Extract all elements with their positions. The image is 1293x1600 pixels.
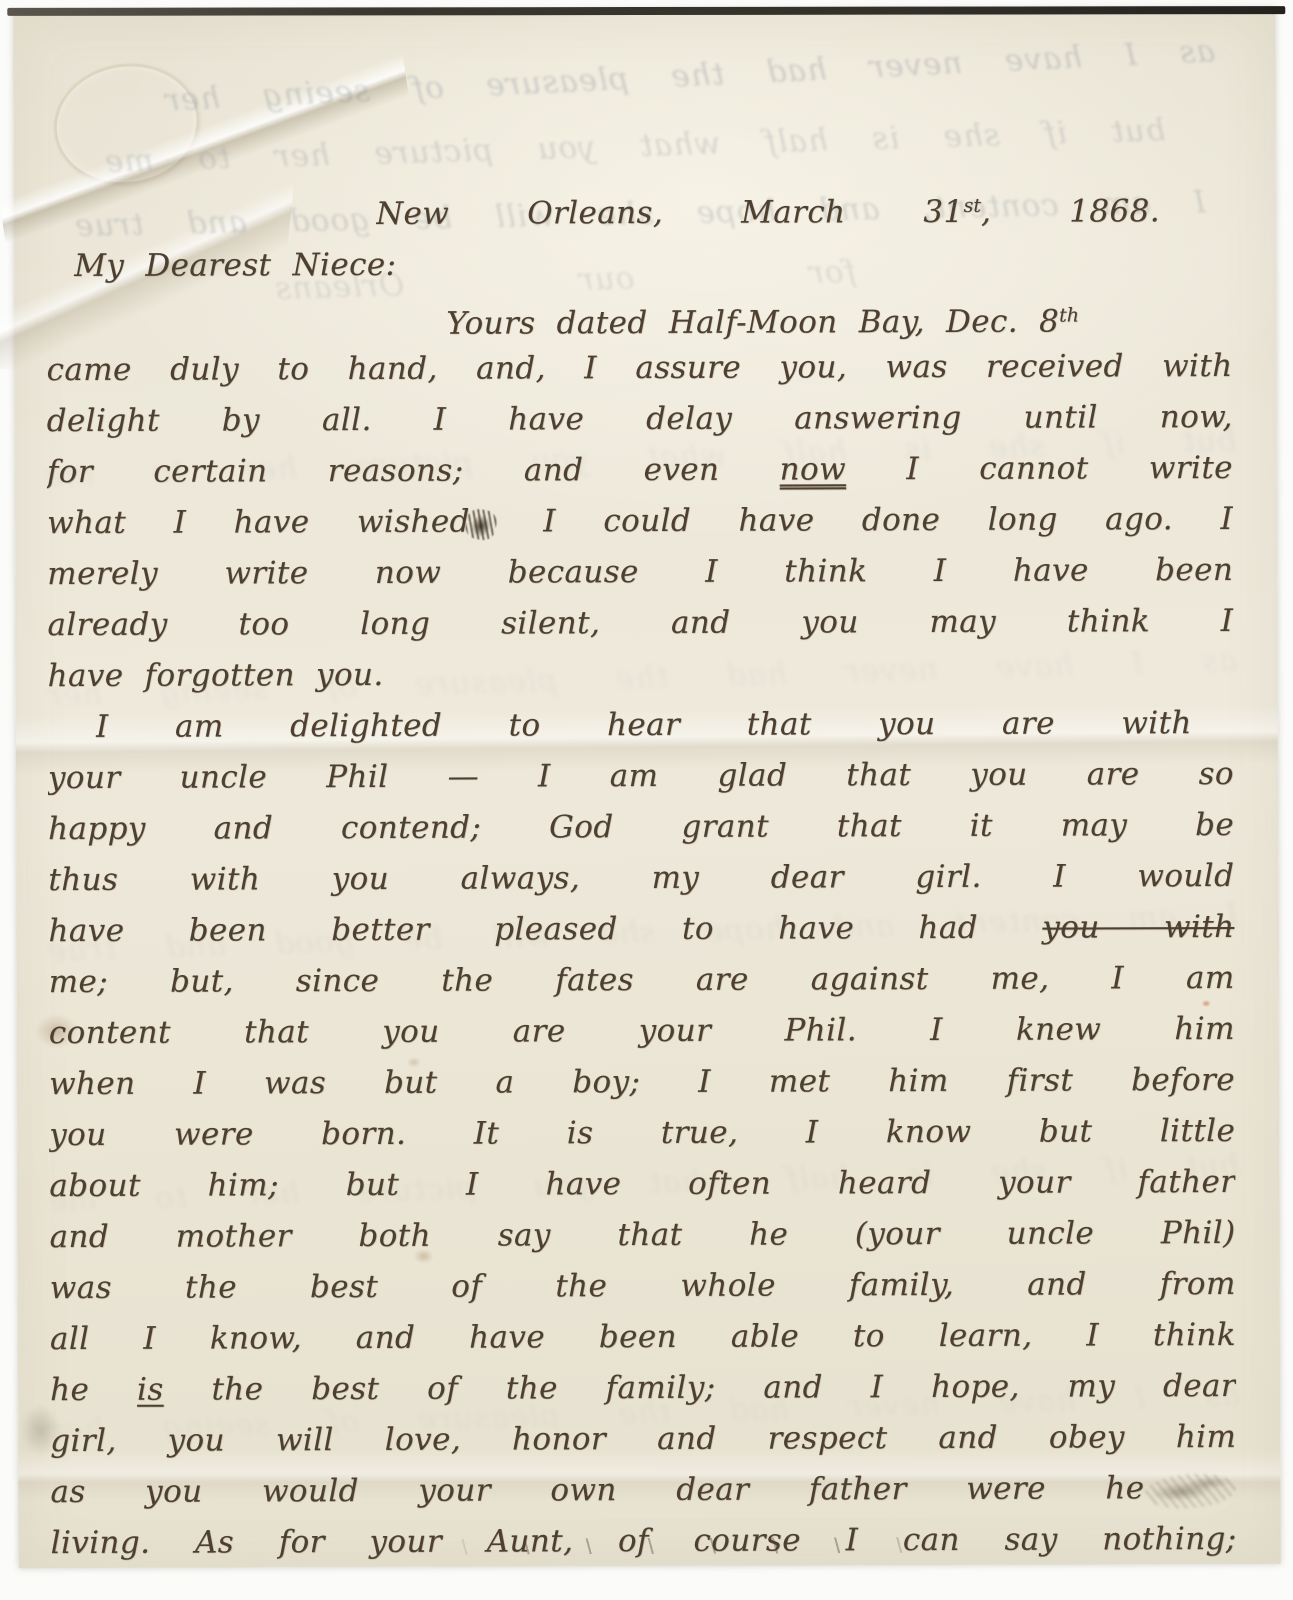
- letter-body: New Orleans, March 31st, 1868. My Deares…: [46, 176, 1237, 1569]
- line-text: have been better pleased to have had: [48, 910, 1042, 949]
- line-text: he: [50, 1372, 137, 1408]
- letter-line: about him; but I have often heard your f…: [49, 1157, 1235, 1212]
- letter-page: as I have never had the pleasure of seei…: [13, 8, 1280, 1568]
- letter-line: all I know, and have been able to learn,…: [50, 1310, 1236, 1365]
- line-text: I cannot write: [846, 450, 1233, 487]
- bleedthrough-line: but if she is half what you picture her …: [103, 112, 1166, 179]
- smudged-erased-word: [1143, 1471, 1236, 1512]
- letter-line: merely write now because I think I have …: [47, 545, 1233, 600]
- embossed-seal: [46, 54, 208, 195]
- line-text: for certain reasons; and even: [47, 452, 780, 491]
- dateline-text: New Orleans, March 31: [376, 194, 964, 232]
- bleedthrough-line: as I have never had the pleasure of seei…: [163, 33, 1216, 119]
- line-text: the best of the family; and I hope, my d…: [164, 1368, 1237, 1408]
- letter-line: girl, you will love, honor and respect a…: [50, 1412, 1236, 1467]
- line-text: Yours dated Half-Moon Bay, Dec. 8: [446, 304, 1059, 342]
- line-text: as you would your own dear father were h…: [50, 1470, 1144, 1510]
- letter-line: and mother both say that he (your uncle …: [49, 1208, 1235, 1263]
- line-text: what I have wished: [47, 504, 470, 541]
- line-text: I could have done long ago. I: [496, 501, 1233, 540]
- dateline-superscript: st: [964, 195, 981, 217]
- scan-background: { "colors": { "paper": "#ece7d9", "ink":…: [0, 0, 1293, 1600]
- letter-line: I am delighted to hear that you are with: [96, 698, 1192, 753]
- letter-line: happy and contend; God grant that it may…: [48, 800, 1234, 855]
- letter-dateline: New Orleans, March 31st, 1868.: [376, 176, 1160, 237]
- letter-line: have been better pleased to have had you…: [48, 902, 1234, 957]
- letter-line: was the best of the whole family, and fr…: [50, 1259, 1236, 1314]
- letter-line: he is the best of the family; and I hope…: [50, 1361, 1236, 1416]
- scan-top-edge-shadow: [7, 6, 1285, 16]
- letter-line: thus with you always, my dear girl. I wo…: [48, 851, 1234, 906]
- letter-line: when I was but a boy; I met him first be…: [49, 1055, 1235, 1110]
- letter-line: already too long silent, and you may thi…: [47, 596, 1233, 651]
- letter-line: what I have wished I could have done lon…: [47, 494, 1233, 549]
- letter-line: me; but, since the fates are against me,…: [49, 953, 1235, 1008]
- struck-out-words: you with: [1042, 909, 1234, 946]
- letter-salutation: My Dearest Niece:: [74, 234, 1232, 294]
- letter-line: for certain reasons; and even now I cann…: [47, 443, 1233, 498]
- letter-line: your uncle Phil — I am glad that you are…: [48, 749, 1234, 804]
- letter-line: as you would your own dear father were h…: [50, 1463, 1236, 1518]
- underlined-word: is: [137, 1372, 164, 1408]
- date-superscript: th: [1059, 304, 1079, 326]
- letter-line: came duly to hand, and, I assure you, wa…: [46, 341, 1232, 396]
- underlined-word: now: [780, 451, 847, 487]
- dateline-text: , 1868.: [981, 193, 1160, 230]
- cut-off-next-line: [439, 1537, 959, 1555]
- letter-line: delight by all. I have delay answering u…: [47, 392, 1233, 447]
- letter-line: content that you are your Phil. I knew h…: [49, 1004, 1235, 1059]
- letter-line: you were born. It is true, I know but li…: [49, 1106, 1235, 1161]
- letter-line: have forgotten you.: [48, 647, 1234, 702]
- letter-line: Yours dated Half-Moon Bay, Dec. 8th: [446, 290, 1232, 344]
